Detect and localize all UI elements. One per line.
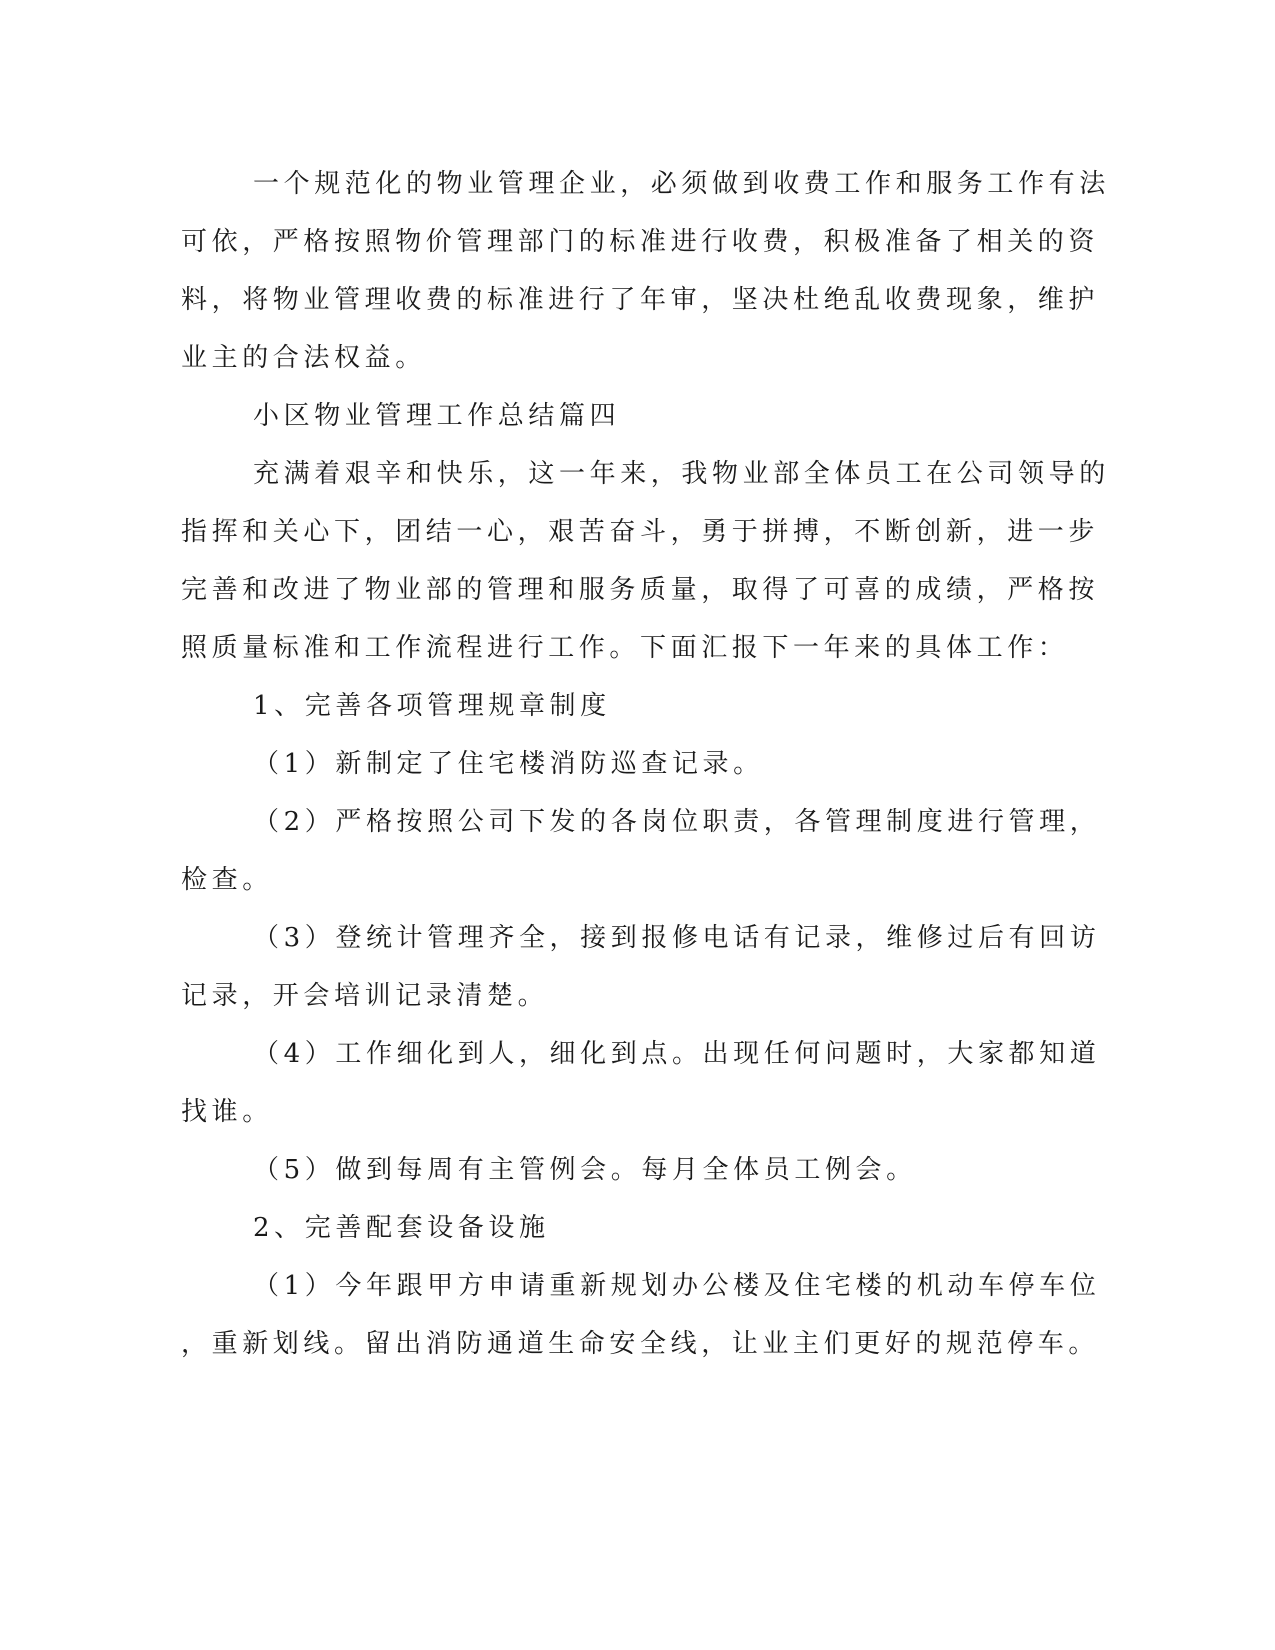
paragraph-line: 可依，严格按照物价管理部门的标准进行收费，积极准备了相关的资 [181, 222, 1099, 262]
list-heading: 2、完善配套设备设施 [253, 1208, 550, 1248]
list-item-continuation: 记录，开会培训记录清楚。 [181, 976, 548, 1016]
paragraph-line: 完善和改进了物业部的管理和服务质量，取得了可喜的成绩，严格按 [181, 570, 1099, 610]
section-heading: 小区物业管理工作总结篇四 [253, 396, 620, 436]
list-item: （2）严格按照公司下发的各岗位职责，各管理制度进行管理， [253, 802, 1100, 842]
paragraph-line: 指挥和关心下，团结一心，艰苦奋斗，勇于拼搏，不断创新，进一步 [181, 512, 1099, 552]
list-heading: 1、完善各项管理规章制度 [253, 686, 611, 726]
paragraph-line: 一个规范化的物业管理企业，必须做到收费工作和服务工作有法 [253, 164, 1110, 204]
list-item: （4）工作细化到人，细化到点。出现任何问题时，大家都知道 [253, 1034, 1100, 1074]
paragraph-line: 照质量标准和工作流程进行工作。下面汇报下一年来的具体工作： [181, 628, 1068, 668]
list-item-continuation: 检查。 [181, 860, 273, 900]
list-item-continuation: 找谁。 [181, 1092, 273, 1132]
list-item: （1）今年跟甲方申请重新规划办公楼及住宅楼的机动车停车位 [253, 1266, 1100, 1306]
paragraph-line: 充满着艰辛和快乐，这一年来，我物业部全体员工在公司领导的 [253, 454, 1110, 494]
list-item-continuation: ，重新划线。留出消防通道生命安全线，让业主们更好的规范停车。 [181, 1324, 1099, 1364]
list-item: （3）登统计管理齐全，接到报修电话有记录，维修过后有回访 [253, 918, 1100, 958]
list-item: （5）做到每周有主管例会。每月全体员工例会。 [253, 1150, 917, 1190]
paragraph-line: 业主的合法权益。 [181, 338, 426, 378]
paragraph-line: 料，将物业管理收费的标准进行了年审，坚决杜绝乱收费现象，维护 [181, 280, 1099, 320]
list-item: （1）新制定了住宅楼消防巡查记录。 [253, 744, 764, 784]
